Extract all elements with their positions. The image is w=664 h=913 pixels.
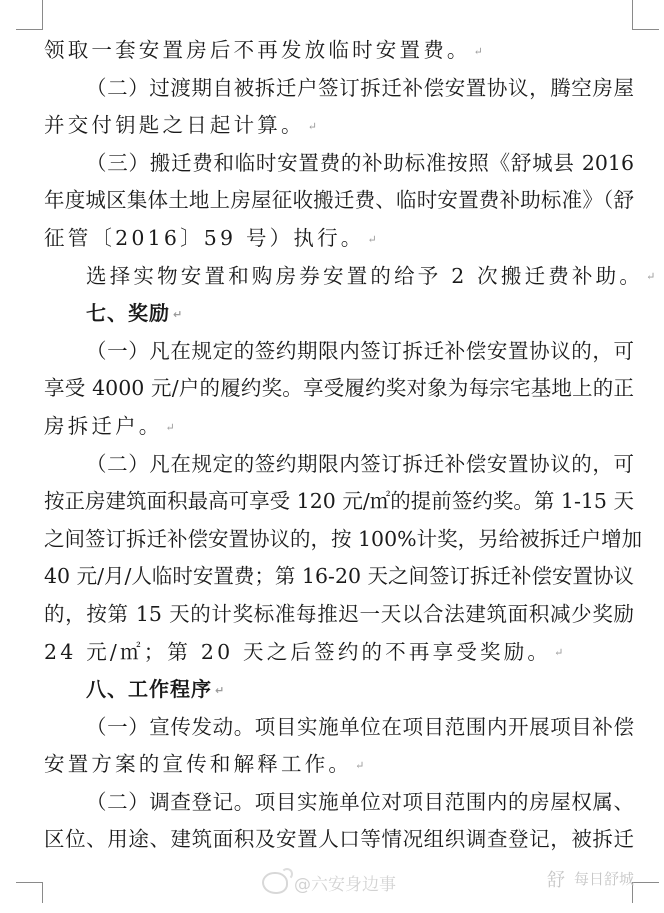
paragraph-mark-icon: ↵ — [355, 759, 364, 772]
paragraph-mark-icon: ↵ — [554, 646, 563, 659]
text-line: 24 元/㎡；第 20 天之后签约的不再享受奖励。↵ — [44, 634, 634, 672]
line-text: 选择实物安置和购房券安置的给予 2 次搬迁费补助。 — [86, 264, 643, 288]
paragraph-mark-icon: ↵ — [173, 308, 182, 321]
text-line: 领取一套安置房后不再发放临时安置费。↵ — [44, 32, 634, 70]
line-text: 房拆迁户。 — [44, 414, 163, 438]
text-line: （一）凡在规定的签约期限内签订拆迁补偿安置协议的，可 — [44, 333, 634, 371]
line-text: （一）凡在规定的签约期限内签订拆迁补偿安置协议的，可 — [86, 339, 634, 363]
paragraph-mark-icon: ↵ — [308, 120, 317, 133]
text-line: 之间签订拆迁补偿安置协议的，按 100%计奖，另给被拆迁户增加 — [44, 521, 634, 559]
weibo-watermark: @六安身边事 — [262, 870, 396, 895]
text-line: 征管〔2016〕59 号）执行。↵ — [44, 220, 634, 258]
section-heading: 八、工作程序↵ — [44, 671, 634, 709]
document-page: 领取一套安置房后不再发放临时安置费。↵（二）过渡期自被拆迁户签订拆迁补偿安置协议… — [44, 32, 634, 859]
page-corner-top-right — [632, 0, 659, 30]
line-text: 八、工作程序 — [86, 677, 212, 701]
line-text: 之间签订拆迁补偿安置协议的，按 100%计奖，另给被拆迁户增加 — [44, 527, 642, 551]
line-text: 40 元/月/人临时安置费；第 16-20 天之间签订拆迁补偿安置协议 — [44, 564, 634, 588]
line-text: （三）搬迁费和临时安置费的补助标准按照《舒城县 2016 — [86, 151, 634, 175]
line-text: 24 元/㎡；第 20 天之后签约的不再享受奖励。 — [44, 640, 551, 664]
text-line: （三）搬迁费和临时安置费的补助标准按照《舒城县 2016 — [44, 145, 634, 183]
paragraph-mark-icon: ↵ — [166, 421, 175, 434]
line-text: （二）过渡期自被拆迁户签订拆迁补偿安置协议，腾空房屋 — [86, 76, 634, 100]
line-text: 征管〔2016〕59 号）执行。 — [44, 226, 364, 250]
text-line: 年度城区集体土地上房屋征收搬迁费、临时安置费补助标准》（舒 — [44, 182, 634, 220]
line-text: （一）宣传发动。项目实施单位在项目范围内开展项目补偿 — [86, 715, 634, 739]
line-text: 享受 4000 元/户的履约奖。享受履约奖对象为每宗宅基地上的正 — [44, 376, 634, 400]
daily-watermark-text: 每日舒城 — [574, 868, 634, 889]
daily-logo-icon: 舒 — [547, 866, 565, 892]
text-line: 安置方案的宣传和解释工作。↵ — [44, 746, 634, 784]
line-text: （二）凡在规定的签约期限内签订拆迁补偿安置协议的，可 — [86, 452, 634, 476]
text-line: （一）宣传发动。项目实施单位在项目范围内开展项目补偿 — [44, 709, 634, 747]
text-line: （二）凡在规定的签约期限内签订拆迁补偿安置协议的，可 — [44, 446, 634, 484]
section-heading: 七、奖励↵ — [44, 295, 634, 333]
text-line: 并交付钥匙之日起计算。↵ — [44, 107, 634, 145]
paragraph-mark-icon: ↵ — [646, 270, 655, 283]
paragraph-mark-icon: ↵ — [367, 233, 376, 246]
line-text: 并交付钥匙之日起计算。 — [44, 113, 305, 137]
text-line: 的，按第 15 天的计奖标准每推迟一天以合法建筑面积减少奖励 — [44, 596, 634, 634]
line-text: 七、奖励 — [86, 301, 170, 325]
text-line: 40 元/月/人临时安置费；第 16-20 天之间签订拆迁补偿安置协议 — [44, 558, 634, 596]
weibo-logo-icon — [262, 872, 288, 894]
text-line: 享受 4000 元/户的履约奖。享受履约奖对象为每宗宅基地上的正 — [44, 370, 634, 408]
text-line: 选择实物安置和购房券安置的给予 2 次搬迁费补助。↵ — [44, 258, 634, 296]
line-text: 年度城区集体土地上房屋征收搬迁费、临时安置费补助标准》（舒 — [44, 188, 634, 212]
text-line: 按正房建筑面积最高可享受 120 元/㎡的提前签约奖。第 1-15 天 — [44, 483, 634, 521]
line-text: 区位、用途、建筑面积及安置人口等情况组织调查登记，被拆迁 — [44, 827, 634, 851]
text-line: （二）过渡期自被拆迁户签订拆迁补偿安置协议，腾空房屋 — [44, 70, 634, 108]
paragraph-mark-icon: ↵ — [474, 45, 483, 58]
weibo-watermark-text: @六安身边事 — [294, 870, 396, 895]
line-text: 按正房建筑面积最高可享受 120 元/㎡的提前签约奖。第 1-15 天 — [44, 489, 634, 513]
line-text: （二）调查登记。项目实施单位对项目范围内的房屋权属、 — [86, 790, 634, 814]
line-text: 的，按第 15 天的计奖标准每推迟一天以合法建筑面积减少奖励 — [44, 602, 634, 626]
page-corner-top-left — [16, 0, 43, 30]
page-corner-bottom-right — [632, 882, 659, 903]
text-line: 区位、用途、建筑面积及安置人口等情况组织调查登记，被拆迁 — [44, 821, 634, 859]
line-text: 领取一套安置房后不再发放临时安置费。 — [44, 38, 471, 62]
paragraph-mark-icon: ↵ — [215, 684, 224, 697]
page-corner-bottom-left — [16, 882, 43, 903]
text-line: （二）调查登记。项目实施单位对项目范围内的房屋权属、 — [44, 784, 634, 822]
line-text: 安置方案的宣传和解释工作。 — [44, 752, 352, 776]
text-line: 房拆迁户。↵ — [44, 408, 634, 446]
